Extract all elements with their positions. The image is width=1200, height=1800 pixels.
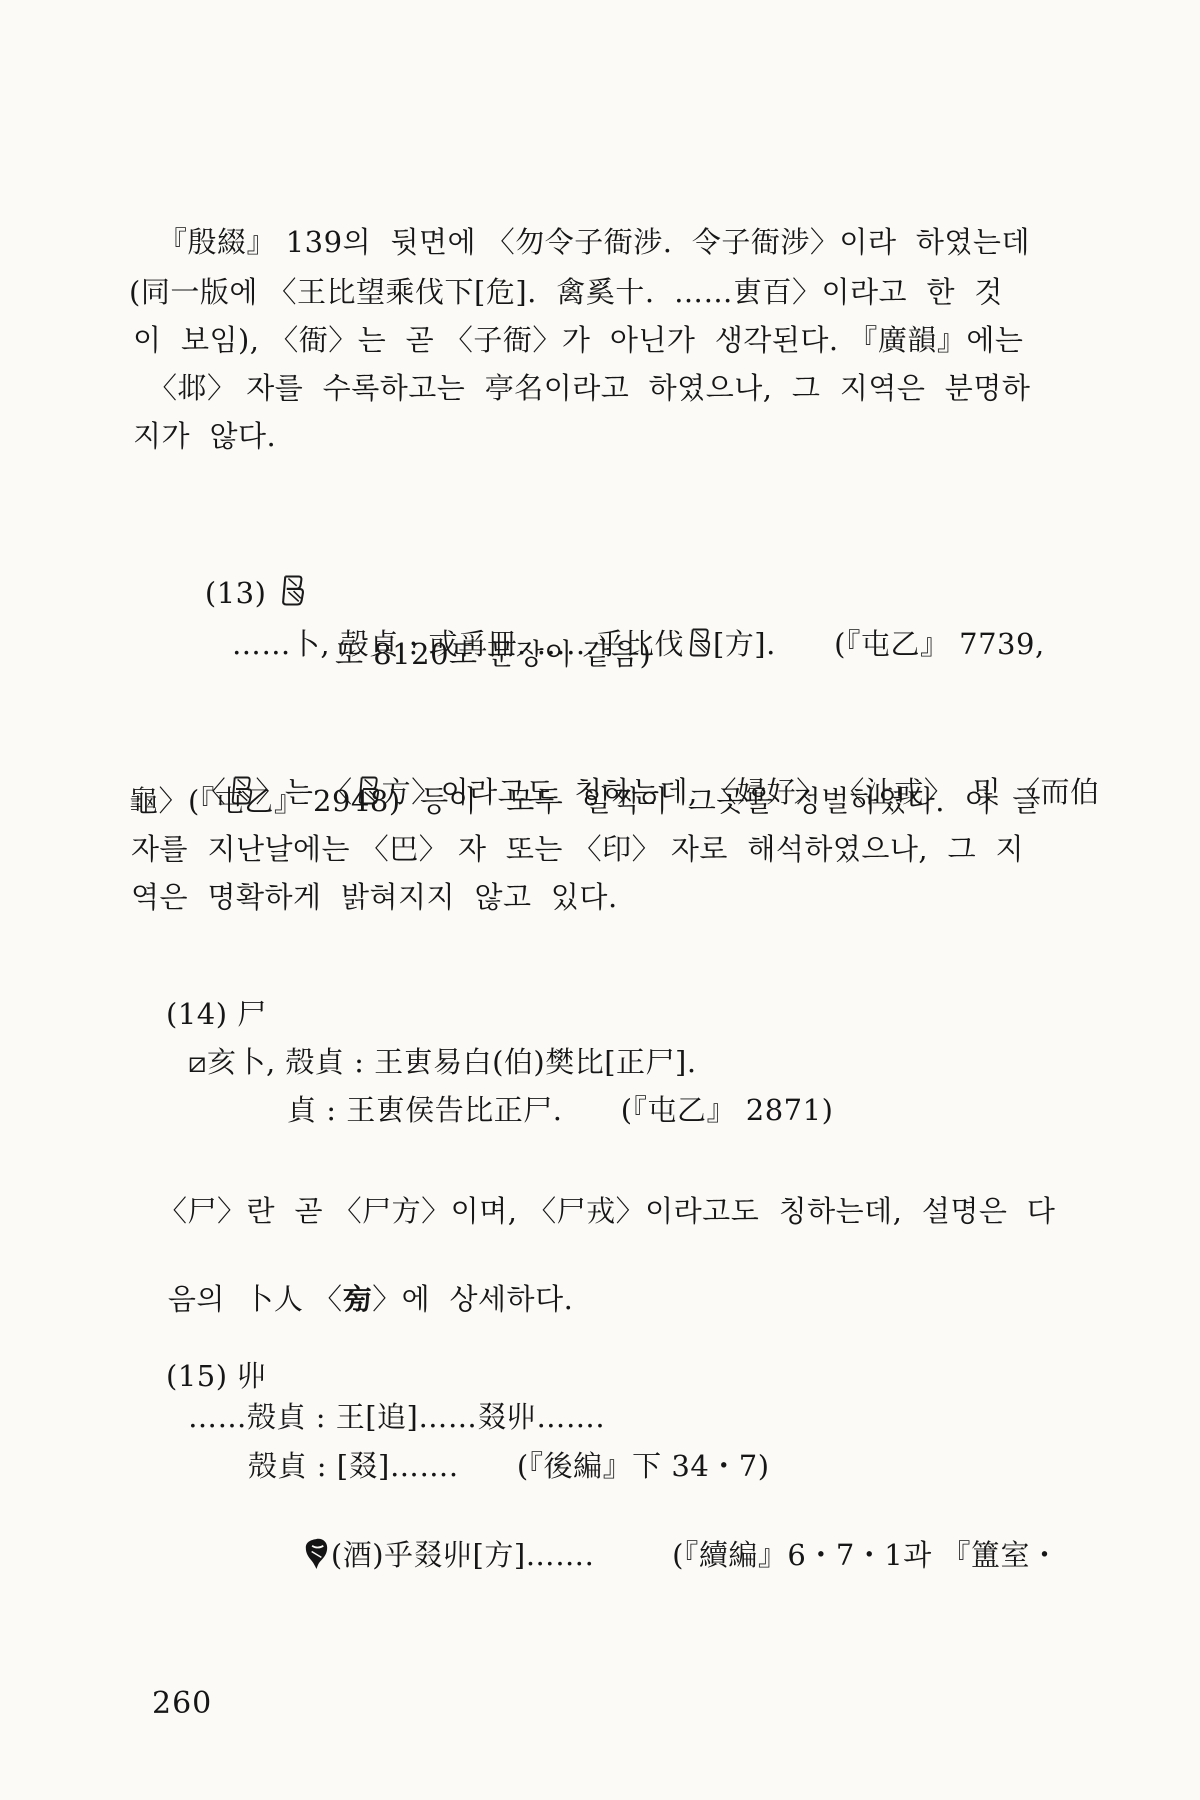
paragraph-3-line: 음의 卜人 〈㫄〉에 상세하다. <box>129 1239 573 1359</box>
paragraph-2-line: 역은 명확하게 밝혀지지 않고 있다. <box>131 877 618 917</box>
paragraph-2-line: 龜〉(『屯乙』 2948) 등이 모두 일찍이 그곳을 정벌하였다. 이 글 <box>129 781 1041 821</box>
section-15-heading: (15) 丱 <box>166 1356 267 1396</box>
section-14-quote-line-1: ⧄亥卜, 殻貞 : 王叀易白(伯)樊比[正尸]. <box>188 1042 697 1082</box>
book-page: 『殷綴』 139의 뒷면에 〈勿令子衙涉. 令子衙涉〉이라 하였는데 (同一版에… <box>0 0 1200 1800</box>
oracle-glyph-wine-jar-icon <box>303 1537 330 1570</box>
paragraph-2-line: 자를 지난날에는 〈巴〉 자 또는 〈印〉 자로 해석하였으나, 그 지 <box>131 829 1024 869</box>
section-15-quote-line-2: 殻貞 : [叕]……. (『後編』下 34・7) <box>248 1446 770 1486</box>
paragraph-1-line: (同一版에 〈王比望乘伐下[危]. 禽奚十. ……叀百〉이라고 한 것 <box>129 272 1003 312</box>
section-14-heading: (14) 尸 <box>166 994 267 1034</box>
paragraph-1-line: 『殷綴』 139의 뒷면에 〈勿令子衙涉. 令子衙涉〉이라 하였는데 <box>158 222 1030 262</box>
section-15-quote-line-1: ……殻貞 : 王[追]……叕丱……. <box>188 1397 605 1437</box>
oracle-glyph-ba-yin-icon <box>685 626 712 659</box>
paragraph-3-line: 〈尸〉란 곧 〈尸方〉이며, 〈尸戎〉이라고도 칭하는데, 설명은 다 <box>158 1191 1055 1231</box>
bold-character-pang: 㫄 <box>343 1282 373 1316</box>
paragraph-1-line: 이 보임), 〈衙〉는 곧 〈子衙〉가 아닌가 생각된다. 『廣韻』에는 <box>133 320 1023 360</box>
page-number: 260 <box>152 1686 212 1721</box>
paragraph-1-line: 지가 않다. <box>133 416 276 456</box>
paragraph-1-line: 〈邶〉 자를 수록하고는 亭名이라고 하였으나, 그 지역은 분명하 <box>148 368 1030 408</box>
section-14-quote-line-2: 貞 : 王叀侯告比正尸. (『屯乙』 2871) <box>287 1090 833 1130</box>
section-15-quote-line-3: (酒)乎叕丱[方]……. (『續編』6・7・1과 『簠室・ <box>263 1495 1060 1615</box>
section-13-quote-line-2: 또 8120도 문장이 같음) <box>335 634 651 674</box>
